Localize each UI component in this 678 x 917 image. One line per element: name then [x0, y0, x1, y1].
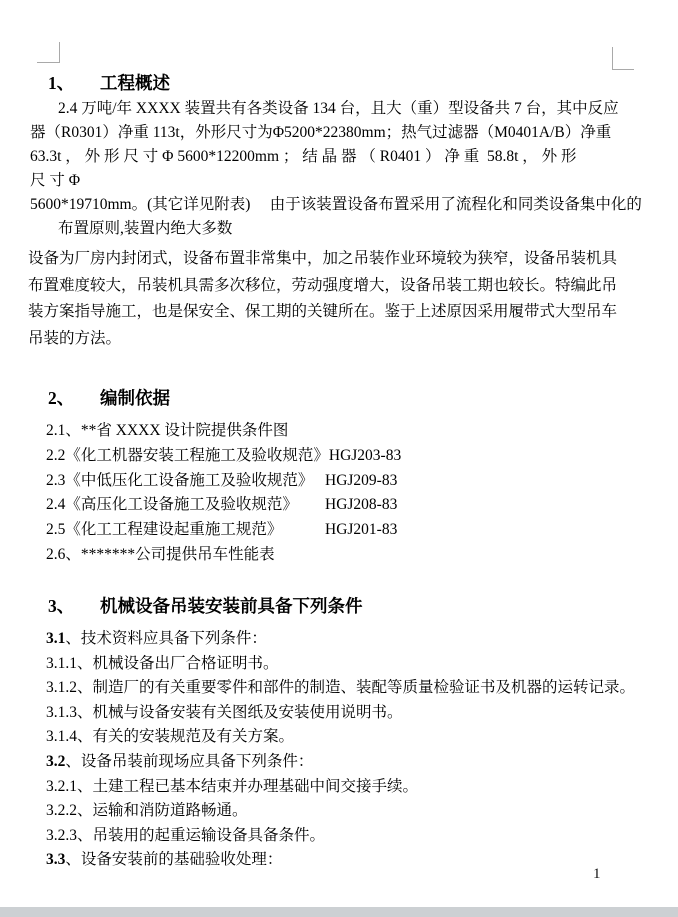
list-item: 3.2.3、吊装用的起重运输设备具备条件。	[46, 824, 664, 849]
list-item: 3.1、技术资料应具备下列条件：	[46, 627, 664, 652]
item-text: 、吊装用的起重运输设备具备条件。	[77, 827, 325, 844]
margin-crop-mark-left-icon	[37, 42, 60, 63]
item-number: 3.2	[46, 753, 65, 770]
list-item: 2.5《化工工程建设起重施工规范》 HGJ201-83	[46, 518, 664, 543]
list-item: 3.2、设备吊装前现场应具备下列条件：	[46, 750, 664, 775]
item-number: 3.2.3	[46, 827, 77, 844]
item-text: 、设备安装前的基础验收处理：	[65, 851, 282, 868]
list-item: 3.3、设备安装前的基础验收处理：	[46, 848, 664, 873]
item-text: 、有关的安装规范及有关方案。	[77, 728, 294, 745]
paragraph-line: 尺 寸 Φ	[30, 169, 648, 193]
conditions-list: 3.1、技术资料应具备下列条件： 3.1.1、机械设备出厂合格证明书。 3.1.…	[46, 627, 664, 873]
list-item: 3.1.2、制造厂的有关重要零件和部件的制造、装配等质量检验证书及机器的运转记录…	[46, 676, 664, 701]
paragraph-line: 装方案指导施工，也是保安全、保工期的关键所在。鉴于上述原因采用履带式大型吊车	[28, 299, 646, 326]
list-item: 3.2.2、运输和消防道路畅通。	[46, 799, 664, 824]
list-item: 2.1、**省 XXXX 设计院提供条件图	[46, 419, 664, 444]
item-number: 3.2.2	[46, 802, 77, 819]
list-item: 2.4《高压化工设备施工及验收规范》 HGJ208-83	[46, 493, 664, 518]
document-page: 1、工程概述 2.4 万吨/年 XXXX 装置共有各类设备 134 台，且大（重…	[0, 0, 678, 917]
item-number: 3.1.3	[46, 704, 77, 721]
item-text: 、机械设备出厂合格证明书。	[77, 655, 279, 672]
list-item: 2.3《中低压化工设备施工及验收规范》 HGJ209-83	[46, 469, 664, 494]
page-bottom-edge	[0, 907, 678, 917]
list-item: 3.2.1、土建工程已基本结束并办理基础中间交接手续。	[46, 775, 664, 800]
item-text: 、设备吊装前现场应具备下列条件：	[65, 753, 313, 770]
heading-section-1: 1、工程概述	[48, 72, 170, 94]
reference-list: 2.1、**省 XXXX 设计院提供条件图 2.2《化工机器安装工程施工及验收规…	[46, 419, 664, 568]
item-number: 3.1.1	[46, 655, 77, 672]
paragraph-line: 63.3t ， 外 形 尺 寸 Φ 5600*12200mm ； 结 晶 器 （…	[30, 145, 648, 169]
heading-2-title: 编制依据	[100, 388, 170, 408]
item-text: 、土建工程已基本结束并办理基础中间交接手续。	[77, 778, 418, 795]
paragraph-overview: 2.4 万吨/年 XXXX 装置共有各类设备 134 台，且大（重）型设备共 7…	[30, 97, 648, 241]
paragraph-hoisting-method: 设备为厂房内封闭式，设备布置非常集中，加之吊装作业环境较为狭窄，设备吊装机具 布…	[28, 246, 646, 352]
item-number: 3.1	[46, 630, 65, 647]
paragraph-line: 2.4 万吨/年 XXXX 装置共有各类设备 134 台，且大（重）型设备共 7…	[30, 97, 648, 121]
margin-crop-mark-right-icon	[612, 47, 634, 70]
list-item: 2.6、*******公司提供吊车性能表	[46, 543, 664, 568]
heading-2-number: 2、	[48, 387, 100, 409]
paragraph-line: 布置难度较大，吊装机具需多次移位，劳动强度增大，设备吊装工期也较长。特编此吊	[28, 273, 646, 300]
item-text: 、运输和消防道路畅通。	[77, 802, 248, 819]
list-item: 3.1.1、机械设备出厂合格证明书。	[46, 652, 664, 677]
item-text: 、技术资料应具备下列条件：	[65, 630, 267, 647]
list-item: 2.2《化工机器安装工程施工及验收规范》HGJ203-83	[46, 444, 664, 469]
item-text: 、制造厂的有关重要零件和部件的制造、装配等质量检验证书及机器的运转记录。	[77, 679, 635, 696]
heading-3-title: 机械设备吊装安装前具备下列条件	[100, 596, 363, 616]
item-text: 、机械与设备安装有关图纸及安装使用说明书。	[77, 704, 403, 721]
item-number: 3.3	[46, 851, 65, 868]
heading-1-number: 1、	[48, 72, 100, 94]
heading-section-2: 2、编制依据	[48, 387, 170, 409]
paragraph-line: 5600*19710mm。(其它详见附表) 由于该装置设备布置采用了流程化和同类…	[30, 193, 648, 217]
list-item: 3.1.3、机械与设备安装有关图纸及安装使用说明书。	[46, 701, 664, 726]
item-number: 3.1.4	[46, 728, 77, 745]
heading-1-title: 工程概述	[100, 73, 170, 93]
heading-section-3: 3、机械设备吊装安装前具备下列条件	[48, 595, 363, 617]
paragraph-line: 设备为厂房内封闭式，设备布置非常集中，加之吊装作业环境较为狭窄，设备吊装机具	[28, 246, 646, 273]
paragraph-line: 吊装的方法。	[28, 326, 646, 353]
paragraph-line: 器（R0301）净重 113t，外形尺寸为Φ5200*22380mm；热气过滤器…	[30, 121, 648, 145]
page-number: 1	[593, 866, 601, 883]
item-number: 3.2.1	[46, 778, 77, 795]
heading-3-number: 3、	[48, 595, 100, 617]
list-item: 3.1.4、有关的安装规范及有关方案。	[46, 725, 664, 750]
item-number: 3.1.2	[46, 679, 77, 696]
paragraph-line: 布置原则,装置内绝大多数	[30, 217, 648, 241]
